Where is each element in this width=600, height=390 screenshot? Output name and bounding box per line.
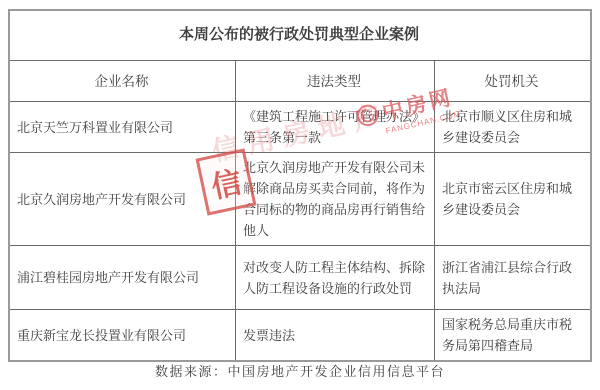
column-header-violation: 违法类型 [235,61,434,101]
company-cell: 重庆新宝龙长投置业有限公司 [10,310,235,360]
violation-cell: 发票违法 [235,310,434,360]
page: { "table": { "title": "本周公布的被行政处罚典型企业案例"… [0,0,600,390]
column-header-company: 企业名称 [10,61,235,101]
table-row: 北京久润房地产开发有限公司 北京久润房地产开发有限公司未解除商品房买卖合同前，将… [10,152,590,245]
violation-cell: 北京久润房地产开发有限公司未解除商品房买卖合同前，将作为合同标的物的商品房再行销… [235,153,434,245]
authority-cell: 国家税务总局重庆市税务局第四稽查局 [434,310,590,360]
table-row: 重庆新宝龙长投置业有限公司 发票违法 国家税务总局重庆市税务局第四稽查局 [10,309,590,360]
authority-cell: 浙江省浦江县综合行政执法局 [434,246,590,309]
table-header-row: 企业名称 违法类型 处罚机关 [10,60,590,101]
company-cell: 北京久润房地产开发有限公司 [10,153,235,245]
violation-cell: 对改变人防工程主体结构、拆除人防工程设备设施的行政处罚 [235,246,434,309]
column-header-authority: 处罚机关 [434,61,590,101]
authority-cell: 北京市密云区住房和城乡建设委员会 [434,153,590,245]
table-row: 浦江碧桂园房地产开发有限公司 对改变人防工程主体结构、拆除人防工程设备设施的行政… [10,245,590,309]
data-source-note: 数据来源：中国房地产开发企业信用信息平台 [0,361,600,380]
authority-cell: 北京市顺义区住房和城乡建设委员会 [434,102,590,152]
table-row: 北京天竺万科置业有限公司 《建筑工程施工许可管理办法》第三条第一款 北京市顺义区… [10,101,590,152]
table-title: 本周公布的被行政处罚典型企业案例 [10,11,590,60]
company-cell: 浦江碧桂园房地产开发有限公司 [10,246,235,309]
company-cell: 北京天竺万科置业有限公司 [10,102,235,152]
table-title-row: 本周公布的被行政处罚典型企业案例 [10,11,590,60]
penalty-table: 本周公布的被行政处罚典型企业案例 企业名称 违法类型 处罚机关 北京天竺万科置业… [8,9,592,362]
violation-cell: 《建筑工程施工许可管理办法》第三条第一款 [235,102,434,152]
